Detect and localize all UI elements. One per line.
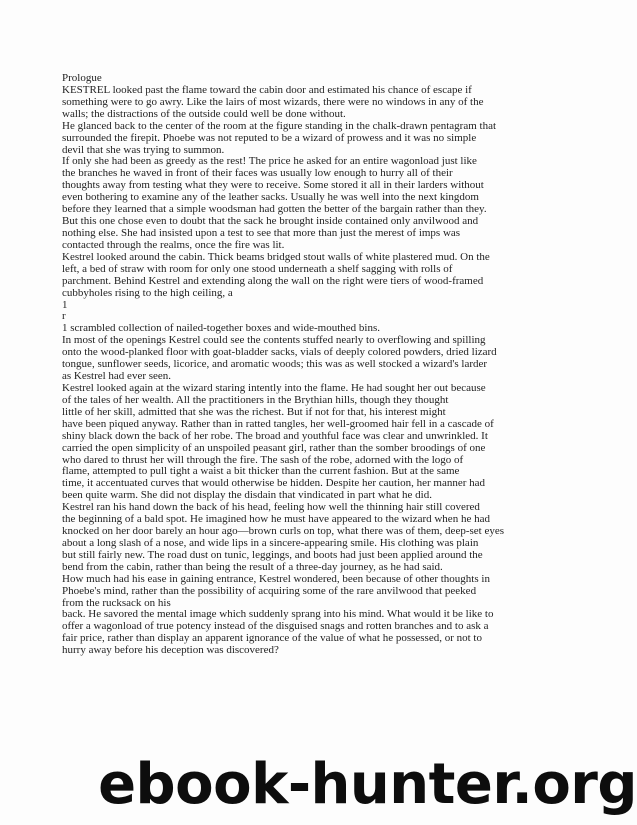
text-line: walls; the distractions of the outside c…: [62, 109, 602, 121]
text-line: little of her skill, admitted that she w…: [62, 407, 602, 419]
text-line: have been piqued anyway. Rather than in …: [62, 419, 602, 431]
text-line: surrounded the firepit. Phoebe was not r…: [62, 133, 602, 145]
ebook-page: Prologue KESTREL looked past the flame t…: [0, 0, 637, 825]
text-line: Phoebe's mind, rather than the possibili…: [62, 586, 602, 598]
text-line: hurry away before his deception was disc…: [62, 645, 602, 657]
text-line: cubbyholes rising to the high ceiling, a: [62, 288, 602, 300]
text-line: How much had his ease in gaining entranc…: [62, 574, 602, 586]
text-line: shiny black down the back of her robe. T…: [62, 431, 602, 443]
body-text: KESTREL looked past the flame toward the…: [62, 85, 602, 657]
watermark-text: ebook-hunter.org: [98, 757, 637, 813]
text-line: something were to go awry. Like the lair…: [62, 97, 602, 109]
text-line: 1: [62, 300, 602, 312]
text-line: bend from the cabin, rather than being t…: [62, 562, 602, 574]
text-line: Kestrel looked around the cabin. Thick b…: [62, 252, 602, 264]
text-line: carried the open simplicity of an unspoi…: [62, 443, 602, 455]
text-line: left, a bed of straw with room for only …: [62, 264, 602, 276]
text-line: parchment. Behind Kestrel and extending …: [62, 276, 602, 288]
page-text-block: Prologue KESTREL looked past the flame t…: [62, 73, 602, 657]
text-line: but still fairly new. The road dust on t…: [62, 550, 602, 562]
text-line: He glanced back to the center of the roo…: [62, 121, 602, 133]
